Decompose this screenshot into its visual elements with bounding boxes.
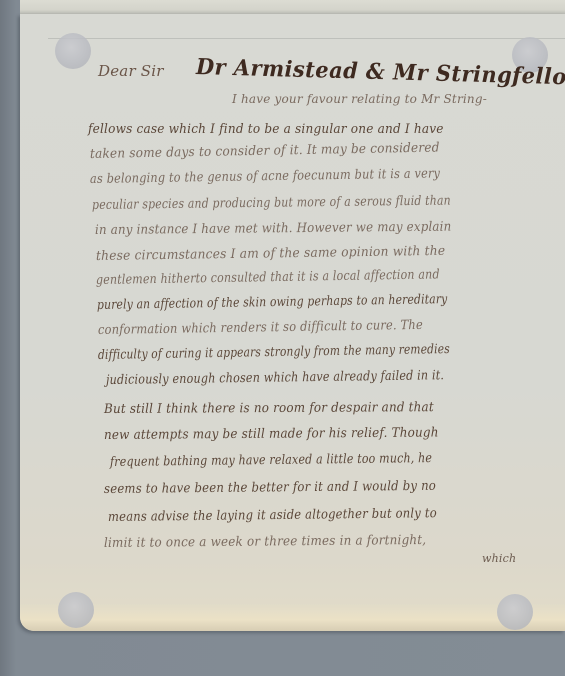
body-line: in any instance I have met with. However…: [95, 220, 452, 238]
body-line: as belonging to the genus of acne foecun…: [90, 166, 440, 187]
body-line: seems to have been the better for it and…: [104, 479, 436, 497]
body-line: limit it to once a week or three times i…: [104, 533, 426, 551]
catchword: which: [482, 552, 516, 565]
body-line: taken some days to consider of it. It ma…: [90, 140, 440, 162]
salutation: Dear Sir: [98, 62, 164, 80]
body-line: judiciously enough chosen which have alr…: [106, 368, 444, 388]
body-line: frequent bathing may have relaxed a litt…: [110, 451, 432, 470]
body-line: conformation which renders it so difficu…: [98, 318, 423, 338]
body-line: I have your favour relating to Mr String…: [232, 92, 487, 106]
body-line: fellows case which I find to be a singul…: [88, 122, 444, 137]
body-line: new attempts may be still made for his r…: [104, 425, 439, 443]
body-line: means advise the laying it aside altoget…: [108, 506, 437, 525]
body-line: peculiar species and producing but more …: [92, 194, 451, 213]
body-line: purely an affection of the skin owing pe…: [97, 292, 448, 313]
addressee-heading: Dr Armistead & Mr Stringfellows.: [196, 54, 565, 91]
body-line: But still I think there is no room for d…: [104, 400, 434, 417]
manuscript-text: Dear Sir Dr Armistead & Mr Stringfellows…: [0, 0, 565, 676]
body-line: difficulty of curing it appears strongly…: [98, 342, 450, 363]
body-line: gentlemen hitherto consulted that it is …: [96, 267, 440, 288]
body-line: these circumstances I am of the same opi…: [96, 244, 445, 264]
